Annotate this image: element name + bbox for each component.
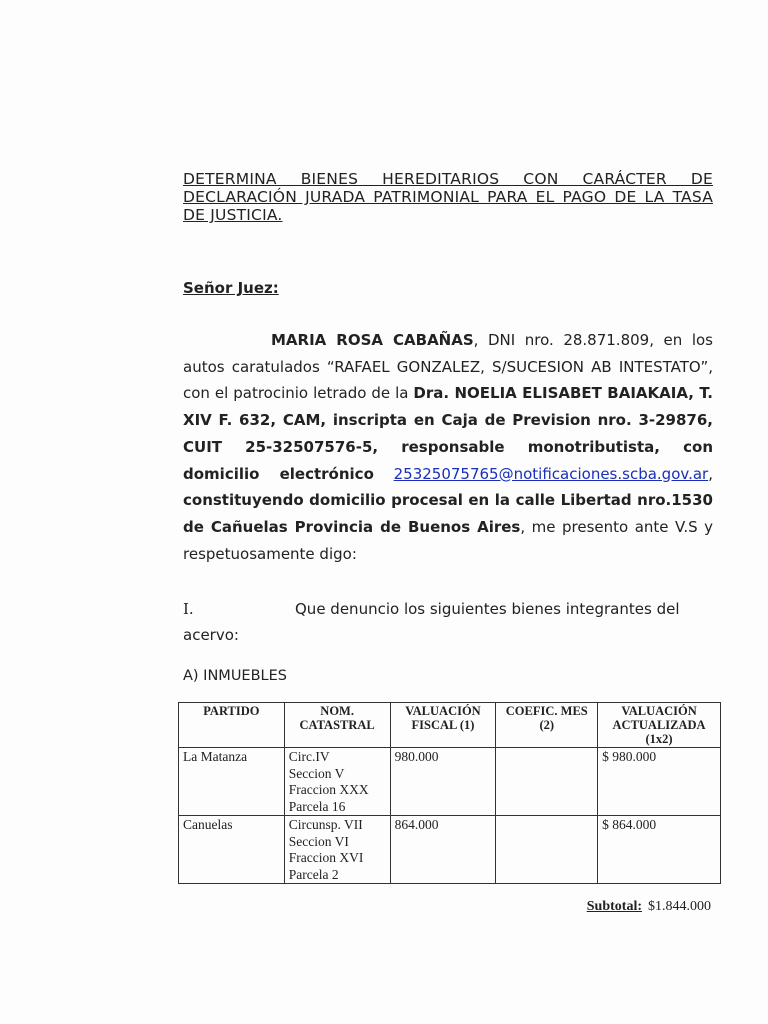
cell-partido: Canuelas	[179, 816, 285, 884]
document-header: DETERMINA BIENES HEREDITARIOS CON CARÁCT…	[183, 170, 713, 224]
subtotal-value: $1.844.000	[648, 899, 711, 914]
assets-table: PARTIDO NOM. CATASTRAL VALUACIÓN FISCAL …	[178, 702, 721, 884]
header-coeficiente: COEFIC. MES (2)	[496, 703, 598, 748]
table-row: La Matanza Circ.IV Seccion V Fraccion XX…	[179, 748, 721, 816]
subtotal-label: Subtotal:	[587, 899, 642, 914]
petitioner-name: MARIA ROSA CABAÑAS	[271, 331, 474, 349]
header-valuacion-actualizada: VALUACIÓN ACTUALIZADA (1x2)	[598, 703, 721, 748]
cell-coeficiente	[496, 748, 598, 816]
cell-catastral: Circunsp. VII Seccion VI Fraccion XVI Pa…	[284, 816, 390, 884]
email-link[interactable]: 25325075765@notificaciones.scba.gov.ar	[394, 465, 709, 483]
table-row: Canuelas Circunsp. VII Seccion VI Fracci…	[179, 816, 721, 884]
section-label: A) INMUEBLES	[183, 668, 287, 684]
document-title: DETERMINA BIENES HEREDITARIOS CON CARÁCT…	[183, 170, 713, 224]
item-paragraph: I.Que denuncio los siguientes bienes int…	[183, 596, 713, 648]
cell-valuacion-fiscal: 864.000	[390, 816, 496, 884]
salutation: Señor Juez:	[183, 279, 279, 297]
cell-coeficiente	[496, 816, 598, 884]
cell-valuacion-actualizada: $ 864.000	[598, 816, 721, 884]
header-valuacion-fiscal: VALUACIÓN FISCAL (1)	[390, 703, 496, 748]
subtotal: Subtotal:$1.844.000	[587, 899, 711, 915]
body-paragraph: MARIA ROSA CABAÑAS, DNI nro. 28.871.809,…	[183, 327, 713, 567]
cell-catastral: Circ.IV Seccion V Fraccion XXX Parcela 1…	[284, 748, 390, 816]
header-nom-catastral: NOM. CATASTRAL	[284, 703, 390, 748]
cell-valuacion-actualizada: $ 980.000	[598, 748, 721, 816]
cell-partido: La Matanza	[179, 748, 285, 816]
cell-valuacion-fiscal: 980.000	[390, 748, 496, 816]
item-number: I.	[183, 596, 295, 622]
table-header-row: PARTIDO NOM. CATASTRAL VALUACIÓN FISCAL …	[179, 703, 721, 748]
header-partido: PARTIDO	[179, 703, 285, 748]
